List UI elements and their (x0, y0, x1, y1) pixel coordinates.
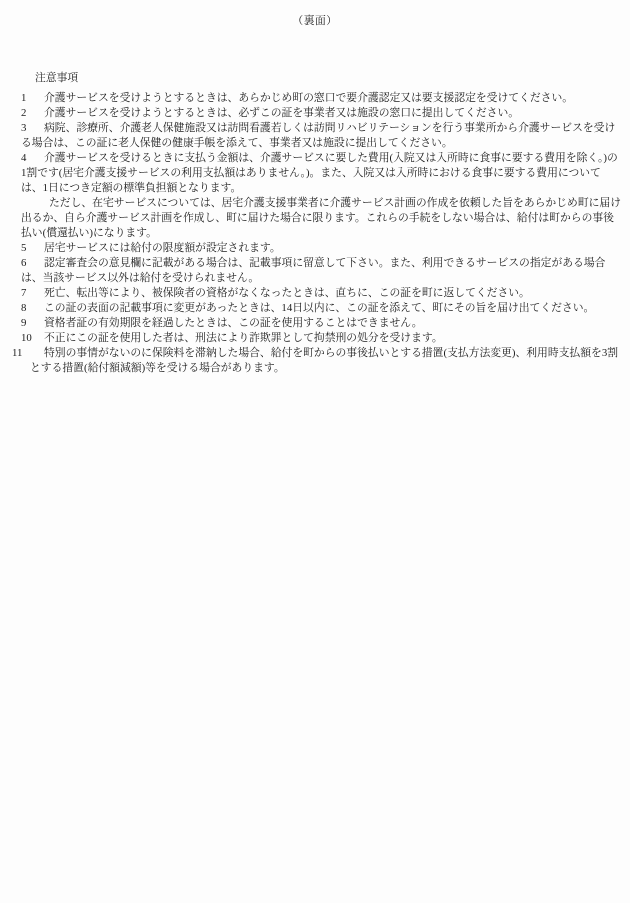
notice-item: 9資格者証の有効期限を経過したときは、この証を使用することはできません。 (21, 316, 621, 331)
item-text: 不正にこの証を使用した者は、刑法により詐欺罪として拘禁刑の処分を受けます。 (44, 332, 443, 344)
item-text: 死亡、転出等により、被保険者の資格がなくなったときは、直ちに、この証を町に返して… (44, 287, 530, 299)
item-number: 6 (21, 256, 44, 271)
item-text: 介護サービスを受けようとするときは、あらかじめ町の窓口で要介護認定又は要支援認定… (44, 92, 573, 104)
item-number: 8 (21, 301, 44, 316)
item-number: 7 (21, 286, 44, 301)
item-number: 11 (21, 346, 44, 361)
item-number: 5 (21, 241, 44, 256)
notice-item: 1介護サービスを受けようとするときは、あらかじめ町の窓口で要介護認定又は要支援認… (21, 91, 621, 106)
notice-item: 6認定審査会の意見欄に記載がある場合は、記載事項に留意して下さい。また、利用でき… (21, 256, 621, 286)
item-text: 介護サービスを受けるときに支払う金額は、介護サービスに要した費用(入院又は入所時… (21, 152, 618, 194)
item-text: 資格者証の有効期限を経過したときは、この証を使用することはできません。 (44, 317, 423, 329)
item-text: 認定審査会の意見欄に記載がある場合は、記載事項に留意して下さい。また、利用できる… (21, 257, 605, 284)
notice-section: 注意事項 1介護サービスを受けようとするときは、あらかじめ町の窓口で要介護認定又… (21, 71, 621, 376)
item-number: 2 (21, 106, 44, 121)
notice-item: 3病院、診療所、介護老人保健施設又は訪問看護若しくは訪問リハビリテーションを行う… (21, 121, 621, 151)
item-number: 9 (21, 316, 44, 331)
item-number: 4 (21, 151, 44, 166)
item-continuation: ただし、在宅サービスについては、居宅介護支援事業者に介護サービス計画の作成を依頼… (21, 196, 621, 241)
item-text: 特別の事情がないのに保険料を滞納した場合、給付を町からの事後払いとする措置(支払… (30, 347, 618, 374)
notice-list: 1介護サービスを受けようとするときは、あらかじめ町の窓口で要介護認定又は要支援認… (21, 91, 621, 376)
notice-title: 注意事項 (21, 71, 621, 86)
item-text: 介護サービスを受けようとするときは、必ずこの証を事業者又は施設の窓口に提出してく… (44, 107, 519, 119)
notice-item: 10不正にこの証を使用した者は、刑法により詐欺罪として拘禁刑の処分を受けます。 (21, 331, 621, 346)
notice-item: 8この証の表面の記載事項に変更があったときは、14日以内に、この証を添えて、町に… (21, 301, 621, 316)
notice-item: 7死亡、転出等により、被保険者の資格がなくなったときは、直ちに、この証を町に返し… (21, 286, 621, 301)
item-number: 3 (21, 121, 44, 136)
item-number: 10 (21, 331, 44, 346)
document-page: （裏面） 注意事項 1介護サービスを受けようとするときは、あらかじめ町の窓口で要… (0, 0, 630, 903)
item-text: 病院、診療所、介護老人保健施設又は訪問看護若しくは訪問リハビリテーションを行う事… (21, 122, 615, 149)
item-text: この証の表面の記載事項に変更があったときは、14日以内に、この証を添えて、町にそ… (44, 302, 594, 314)
notice-item: 2介護サービスを受けようとするときは、必ずこの証を事業者又は施設の窓口に提出して… (21, 106, 621, 121)
page-side-label: （裏面） (0, 0, 630, 29)
notice-item: 11特別の事情がないのに保険料を滞納した場合、給付を町からの事後払いとする措置(… (21, 346, 621, 376)
item-text: 居宅サービスには給付の限度額が設定されます。 (44, 242, 281, 254)
notice-item: 4介護サービスを受けるときに支払う金額は、介護サービスに要した費用(入院又は入所… (21, 151, 621, 241)
item-number: 1 (21, 91, 44, 106)
notice-item: 5居宅サービスには給付の限度額が設定されます。 (21, 241, 621, 256)
